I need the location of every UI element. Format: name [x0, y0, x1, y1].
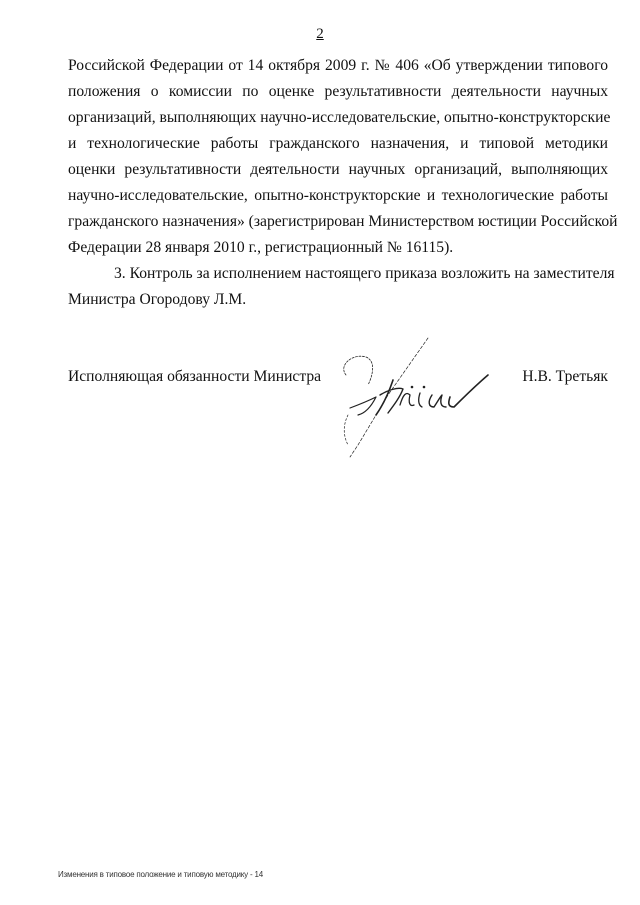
- signatory-name: Н.В. Третьяк: [522, 368, 608, 386]
- text-line: гражданского назначения» (зарегистрирова…: [68, 209, 608, 235]
- text-line: Федерации 28 января 2010 г., регистрацио…: [68, 235, 608, 261]
- signatory-title: Исполняющая обязанности Министра: [68, 368, 321, 386]
- page-number: 2: [0, 26, 640, 43]
- text-line: и технологические работы гражданского на…: [68, 131, 608, 157]
- text-line: Министра Огородову Л.М.: [68, 287, 608, 313]
- paragraph-1: Российской Федерации от 14 октября 2009 …: [68, 53, 608, 261]
- footer-note: Изменения в типовое положение и типовую …: [58, 870, 263, 879]
- text-line: организаций, выполняющих научно-исследов…: [68, 105, 608, 131]
- paragraph-2: 3. Контроль за исполнением настоящего пр…: [68, 261, 608, 313]
- handwritten-signature: [328, 335, 518, 465]
- text-line: 3. Контроль за исполнением настоящего пр…: [68, 261, 608, 287]
- text-line: научно-исследовательские, опытно-констру…: [68, 183, 608, 209]
- text-line: положения о комиссии по оценке результат…: [68, 79, 608, 105]
- text-line: Российской Федерации от 14 октября 2009 …: [68, 53, 608, 79]
- text-line: оценки результативности деятельности нау…: [68, 157, 608, 183]
